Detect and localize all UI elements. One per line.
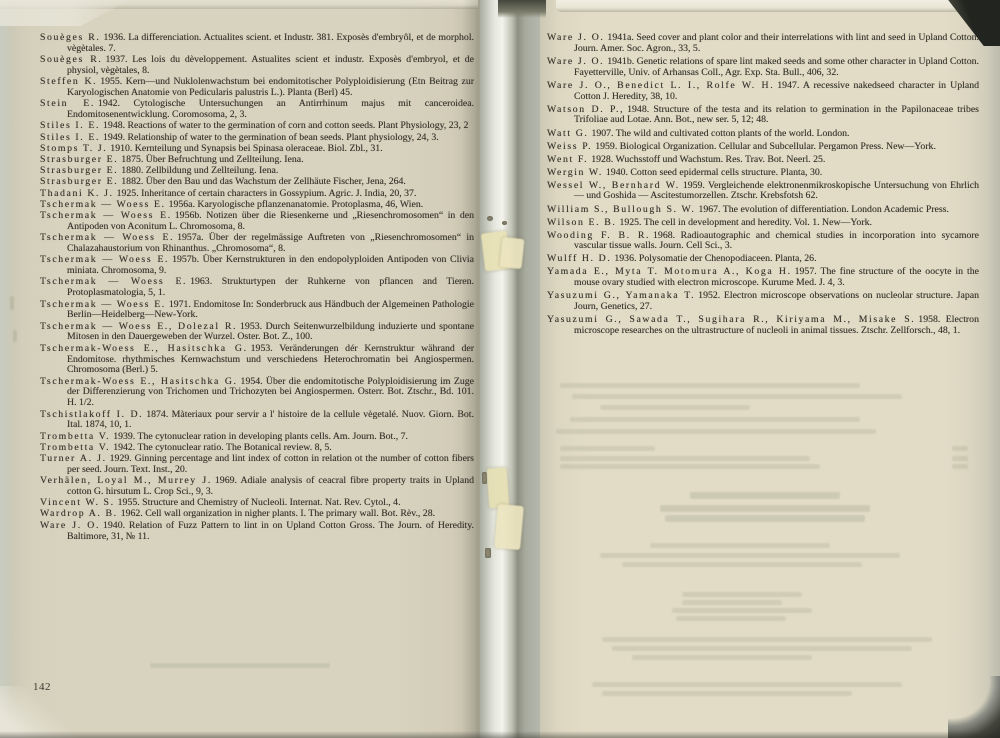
entry-author: Tschermak — Woess E. — [40, 254, 169, 265]
bibliography-entry: Watson D. P.,1948. Structure of the test… — [547, 105, 979, 127]
entry-author: Wooding F. B. R. — [547, 230, 650, 241]
entry-text: 1948. Reactions of water to the germinat… — [103, 120, 468, 131]
entry-author: Watson D. P., — [547, 104, 624, 115]
tape-repair-mark — [494, 504, 524, 550]
bibliography-entry: Tschistlakoff I. D.1874. Màteriaux pour … — [40, 410, 474, 432]
show-through-mark — [682, 600, 782, 605]
entry-text: 1948. Structure of the testa and its rel… — [574, 104, 979, 126]
show-through-mark — [592, 682, 902, 687]
entry-text: 1959. Biological Organization. Cellular … — [595, 141, 936, 152]
gutter-top-shadow — [498, 0, 546, 18]
show-through-mark — [650, 543, 830, 548]
right-bibliography-column: Ware J. O.1941a. Seed cover and plant co… — [547, 33, 979, 339]
entry-text: 1940. Cotton seed epidermal cells struct… — [606, 167, 822, 178]
entry-text: 1875. Über Befruchtung und Zellteilung. … — [121, 154, 303, 165]
entry-text: 1962. Cell wall organization in nigher p… — [121, 508, 435, 519]
bottom-right-background — [948, 676, 1000, 738]
entry-author: Steffen K. — [40, 76, 97, 87]
entry-author: Wardrop A. B. — [40, 508, 118, 519]
bibliography-entry: Yamada E., Myta T. Motomura A., Koga H.1… — [547, 267, 979, 289]
bibliography-entry: Souèges R.1937. Les lois du dèveloppemen… — [40, 55, 474, 77]
entry-author: Turner A. J. — [40, 453, 107, 464]
bibliography-entry: Ware J. O.1941b. Genetic relations of sp… — [547, 57, 979, 79]
entry-author: Wessel W., Bernhard W. — [547, 180, 680, 191]
entry-author: Yamada E., Myta T. Motomura A., Koga H. — [547, 266, 792, 277]
entry-author: Stiles I. E. — [40, 120, 100, 131]
entry-author: Wergin W. — [547, 167, 603, 178]
entry-text: 1937. Les lois du dèveloppement. Astuali… — [67, 54, 474, 76]
entry-text: 1936. Polysomatie der Chenopodiaceen. Pl… — [614, 253, 816, 264]
entry-author: Souèges R. — [40, 54, 102, 65]
entry-text: 1925. The cell in development and heredi… — [619, 217, 872, 228]
entry-text: 1880. Zellbildung und Zellteilung. Iena. — [121, 165, 278, 176]
show-through-mark — [602, 637, 932, 642]
bibliography-entry: Stomps T. J.1910. Kernteilung und Synaps… — [40, 144, 474, 155]
entry-author: Watt G. — [547, 128, 588, 139]
page-number: 142 — [33, 681, 51, 693]
entry-author: Tschermak — Woess E. — [40, 299, 166, 310]
entry-author: Tschermak-Woess E., Hasitschka G. — [40, 376, 238, 387]
show-through-mark — [560, 456, 810, 461]
bottom-edge-shadow — [0, 731, 1000, 738]
bibliography-entry: Stiles I. E.1948. Reactions of water to … — [40, 121, 474, 132]
entry-author: Tschistlakoff I. D. — [40, 409, 143, 420]
bibliography-entry: Weiss P.1959. Biological Organization. C… — [547, 142, 979, 153]
entry-author: Tschermak — Woess E. — [40, 276, 187, 287]
scanned-book-spread: Souèges R.1936. La differenciation. Actu… — [0, 0, 1000, 738]
entry-author: Ware J. O. — [40, 520, 100, 531]
show-through-mark — [612, 646, 912, 651]
bibliography-entry: Ware J. O.1941a. Seed cover and plant co… — [547, 33, 979, 55]
bibliography-entry: Wardrop A. B.1962. Cell wall organizatio… — [40, 509, 474, 520]
show-through-mark — [600, 553, 900, 558]
entry-author: Ware J. O. — [547, 56, 604, 67]
show-through-mark — [150, 663, 330, 668]
bibliography-entry: Tschermak — Woess E., Dolezal R.1953. Du… — [40, 322, 474, 344]
entry-author: Yasuzumi G., Yamanaka T. — [547, 290, 695, 301]
entry-author: Wulff H. D. — [547, 253, 611, 264]
bibliography-entry: Trombetta V.1939. The cytonuclear ration… — [40, 432, 474, 443]
bibliography-entry: Stiles I. E.1949. Relationship of water … — [40, 133, 474, 144]
show-through-mark — [632, 655, 812, 660]
entry-author: Tschermak-Woess E., Hasitschka G. — [40, 343, 248, 354]
entry-author: Vincent W. S. — [40, 497, 115, 508]
tape-repair-mark — [487, 467, 510, 508]
entry-text: 1882. Über den Bau und das Wachstum der … — [121, 176, 406, 187]
entry-author: Thadani K. J. — [40, 188, 114, 199]
bibliography-entry: Tschermak — Woess E.1963. Strukturtypen … — [40, 277, 474, 299]
show-through-mark — [602, 691, 852, 696]
entry-author: Trombetta V. — [40, 442, 110, 453]
bibliography-entry: Thadani K. J.1925. Inheritance of certai… — [40, 189, 474, 200]
entry-author: Tschermak — Woess E., Dolezal R. — [40, 321, 237, 332]
bibliography-entry: Ware J. O.1940. Relation of Fuzz Pattern… — [40, 521, 474, 543]
bibliography-entry: Strasburger E.1875. Über Befruchtung und… — [40, 155, 474, 166]
entry-author: Weiss P. — [547, 141, 592, 152]
entry-text: 1949. Relationship of water to the germi… — [103, 132, 439, 143]
bibliography-entry: Tschermak — Woess E.1956b. Notizen über … — [40, 211, 474, 233]
bibliography-entry: Tschermak — Woess E.1956a. Karyologische… — [40, 200, 474, 211]
bibliography-entry: Souèges R.1936. La differenciation. Actu… — [40, 33, 474, 55]
show-through-mark — [10, 296, 14, 310]
show-through-mark — [952, 456, 968, 461]
bibliography-entry: Wooding F. B. R.1968. Radioautographic a… — [547, 231, 979, 253]
bibliography-entry: Vincent W. S.1955. Structure and Chemist… — [40, 498, 474, 509]
entry-author: Verhälen, Loyal M., Murrey J. — [40, 475, 212, 486]
entry-text: 1967. The evolution of differentiation. … — [698, 204, 949, 215]
show-through-mark — [560, 446, 655, 451]
bibliography-entry: Stein E.1942. Cytologische Untersuchunge… — [40, 99, 474, 121]
bibliography-entry: Steffen K.1955. Kern—und Nuklolenwachstu… — [40, 77, 474, 99]
bibliography-entry: Tschermak-Woess E., Hasitschka G.1954. Ü… — [40, 377, 474, 410]
entry-text: 1925. Inheritance of certain characters … — [117, 188, 417, 199]
entry-text: 1929. Ginning percentage and lint index … — [67, 453, 474, 475]
entry-author: Strasburger E. — [40, 176, 118, 187]
bibliography-entry: Ware J. O., Benedict L. I., Rolfe W. H.1… — [547, 81, 979, 103]
show-through-mark — [690, 492, 840, 499]
entry-text: 1910. Kernteilung und Synapsis bei Spina… — [110, 143, 382, 154]
bibliography-entry: Watt G.1907. The wild and cultivated cot… — [547, 129, 979, 140]
show-through-mark — [556, 429, 876, 434]
show-through-mark — [952, 464, 968, 469]
binding-hole — [502, 221, 507, 225]
entry-author: Stomps T. J. — [40, 143, 107, 154]
show-through-mark — [676, 616, 786, 621]
show-through-mark — [600, 405, 750, 410]
bibliography-entry: Tschermak — Woess E.1957a. Über der rege… — [40, 233, 474, 255]
entry-author: Stiles I. E. — [40, 132, 100, 143]
bibliography-entry: Wessel W., Bernhard W.1959. Vergleichend… — [547, 181, 979, 203]
bibliography-entry: Wilson E. B.1925. The cell in developmen… — [547, 218, 979, 229]
show-through-mark — [660, 505, 870, 512]
binding-hole — [487, 216, 493, 221]
entry-text: 1928. Wuchsstoff und Wachstum. Res. Trav… — [591, 154, 825, 165]
entry-author: Ware J. O., Benedict L. I., Rolfe W. H. — [547, 80, 774, 91]
bibliography-entry: Verhälen, Loyal M., Murrey J.1969. Adial… — [40, 476, 474, 498]
entry-text: 1942. Cytologische Untersuchungen an Ant… — [67, 98, 474, 120]
entry-author: Souèges R. — [40, 32, 100, 43]
entry-author: Went F. — [547, 154, 588, 165]
show-through-mark — [570, 417, 860, 422]
binding-hole — [485, 548, 491, 558]
entry-text: 1956a. Karyologische pflanzenanatomie. P… — [169, 199, 424, 210]
show-through-mark — [952, 446, 968, 451]
bibliography-entry: Tschermak — Woess E.1957b. Über Kernstru… — [40, 255, 474, 277]
show-through-mark — [682, 592, 802, 597]
show-through-mark — [13, 330, 17, 342]
bibliography-entry: Tschermak-Woess E., Hasitschka G.1953. V… — [40, 344, 474, 377]
show-through-mark — [572, 394, 902, 399]
entry-author: Strasburger E. — [40, 154, 118, 165]
entry-text: 1955. Kern—und Nuklolenwachstum bei endo… — [67, 76, 474, 98]
entry-author: Stein E. — [40, 98, 95, 109]
bibliography-entry: Wergin W.1940. Cotton seed epidermal cel… — [547, 168, 979, 179]
bibliography-entry: Turner A. J.1929. Ginning percentage and… — [40, 454, 474, 476]
show-through-mark — [622, 562, 862, 567]
entry-text: 1941b. Genetic relations of spare lint m… — [574, 56, 979, 78]
bibliography-entry: Tschermak — Woess E.1971. Endomitose In:… — [40, 300, 474, 322]
show-through-mark — [560, 464, 820, 469]
bibliography-entry: William S., Bullough S. W.1967. The evol… — [547, 205, 979, 216]
entry-author: Trombetta V. — [40, 431, 110, 442]
right-page-top-edge — [556, 0, 992, 12]
bibliography-entry: Yasuzumi G., Yamanaka T.1952. Electron m… — [547, 291, 979, 313]
bibliography-entry: Strasburger E.1882. Über den Bau und das… — [40, 177, 474, 188]
bibliography-entry: Yasuzumi G., Sawada T., Sugihara R., Kir… — [547, 315, 979, 337]
entry-author: Tschermak — Woess E. — [40, 232, 174, 243]
entry-text: 1942. The cytonuclear ratio. The Botanic… — [113, 442, 332, 453]
entry-text: 1936. La differenciation. Actualites sci… — [67, 32, 474, 54]
entry-author: Tschermak — Woess E. — [40, 210, 172, 221]
entry-author: Yasuzumi G., Sawada T., Sugihara R., Kir… — [547, 314, 915, 325]
entry-author: Wilson E. B. — [547, 217, 616, 228]
entry-author: Ware J. O. — [547, 32, 604, 43]
entry-author: Tschermak — Woess E. — [40, 199, 166, 210]
entry-author: William S., Bullough S. W. — [547, 204, 695, 215]
entry-text: 1940. Relation of Fuzz Pattern to lint i… — [67, 520, 474, 542]
entry-text: 1955. Structure and Chemistry of Nucleol… — [118, 497, 401, 508]
show-through-mark — [560, 383, 860, 388]
entry-text: 1939. The cytonuclear ration in developi… — [113, 431, 408, 442]
show-through-mark — [672, 608, 812, 613]
tape-repair-mark — [499, 237, 524, 269]
bibliography-entry: Went F.1928. Wuchsstoff und Wachstum. Re… — [547, 155, 979, 166]
entry-text: 1941a. Seed cover and plant color and th… — [574, 32, 979, 54]
left-bibliography-column: Souèges R.1936. La differenciation. Actu… — [40, 33, 474, 543]
show-through-mark — [665, 515, 865, 522]
entry-author: Strasburger E. — [40, 165, 118, 176]
entry-text: 1907. The wild and cultivated cotton pla… — [591, 128, 849, 139]
bibliography-entry: Wulff H. D.1936. Polysomatie der Chenopo… — [547, 254, 979, 265]
